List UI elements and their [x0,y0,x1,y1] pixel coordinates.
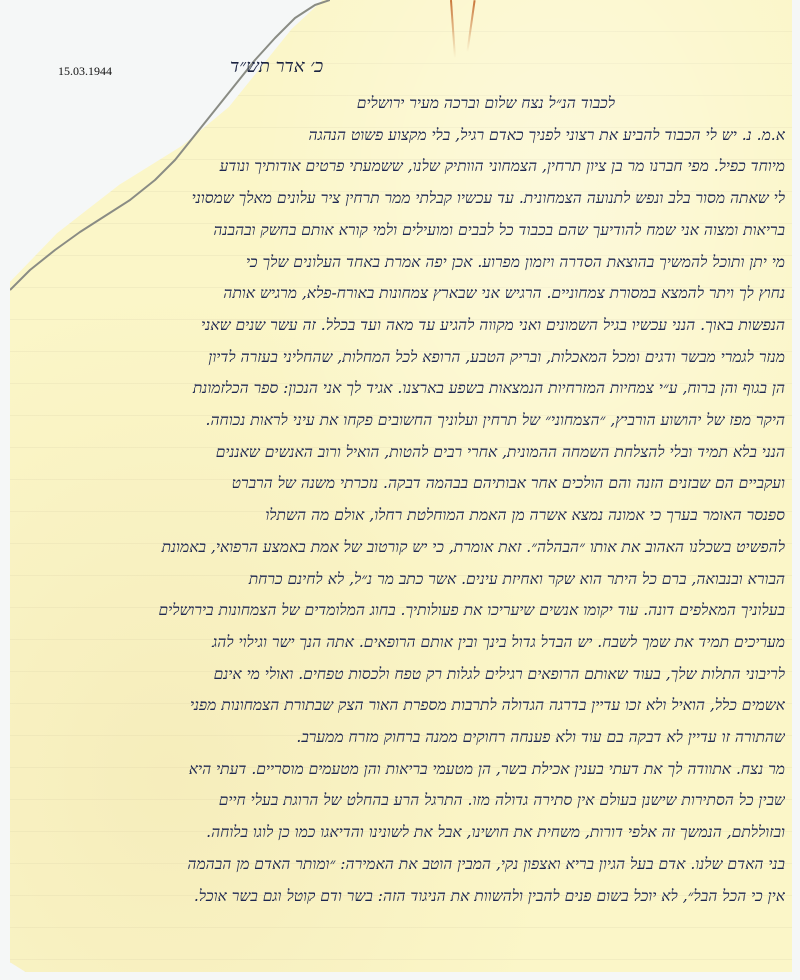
letter-line: ועקביים הם שבזנים הזנה והם הולכים אחר אב… [30,468,785,500]
letter-line: אין כי הכל הבל״, לא יוכל בשום פנים להבין… [30,881,785,913]
letter-line: ספנסר האומר בערך כי אמונה נמצא אשרה מן ה… [30,500,785,532]
letter-line: לריבוני התלות שלך, בעוד שאותם הרופאים רג… [30,659,785,691]
letter-line: בעלוניך המאלפים דונה. עוד יקומו אנשים שי… [30,595,785,627]
letter-line: הנפשות באוך. הנני עכשיו בגיל השמונים ואנ… [30,310,785,342]
letter-line: מעריכים תמיד את שמך לשבח. יש הבדל גדול ב… [30,627,785,659]
letter-line: שבין כל הסתירות שישנן בעולם אין סתירה גד… [30,785,785,817]
letter-line: שהתורה זו עדיין לא דבקה בם עוד ולא פענחה… [30,722,785,754]
date-stamp: 15.03.1944 [58,64,112,79]
letter-line: היקר מפז של יהושוע הורביץ, ״הצמחוני״ של … [30,405,785,437]
hebrew-date: כ׳ אדר תש״ד [230,56,323,77]
letter-line: ובזוללתם, הנמשך זה אלפי דורות, משחית את … [30,817,785,849]
letter-line: מר נצח. אתוודה לך את דעתי בענין אכילת בש… [30,754,785,786]
letter-line: הבורא ובנבואה, ברם כל היתר הוא שקר ואחיז… [30,564,785,596]
letter-body: לכבוד הנ״ל נצח שלום וברכה מעיר ירושלים א… [30,88,785,912]
letter-line: בריאות ומצוה אני שמח להודיעך שהם בכבוד כ… [30,215,785,247]
letter-line: מי יתן ותוכל להמשיך בהוצאת הסדרה ויזמון … [30,247,785,279]
letter-line: לי שאתה מסור בלב ונפש לתנועה הצמחונית. ע… [30,183,785,215]
letter-line: א.מ. נ. יש לי הכבוד להביע את רצוני לפניך… [30,120,785,152]
salutation: לכבוד הנ״ל נצח שלום וברכה מעיר ירושלים [30,88,785,120]
letter-line: מיוחד כפיל. מפי חברנו מר בן ציון תרחין, … [30,151,785,183]
letter-line: נחוץ לך ויתר להמצא במסורת צמחוניים. הרגי… [30,278,785,310]
letter-line: הן בגוף והן ברוח, ע״י צמחיות המזרחיות הנ… [30,373,785,405]
letter-line: הנני בלא תמיד ובלי להצלחת השמחה ההמונית,… [30,437,785,469]
letter-line: אשמים כלל, הואיל ולא זכו עדיין בדרגה הגד… [30,690,785,722]
letter-line: בני האדם שלנו. אדם בעל הגיון בריא ואצפון… [30,849,785,881]
letter-line: להפשיט בשכלנו האהוב את אותו ״הבהלה״. זאת… [30,532,785,564]
letter-line: מנזר לגמרי מבשר ודגים ומכל המאכלות, וברי… [30,342,785,374]
